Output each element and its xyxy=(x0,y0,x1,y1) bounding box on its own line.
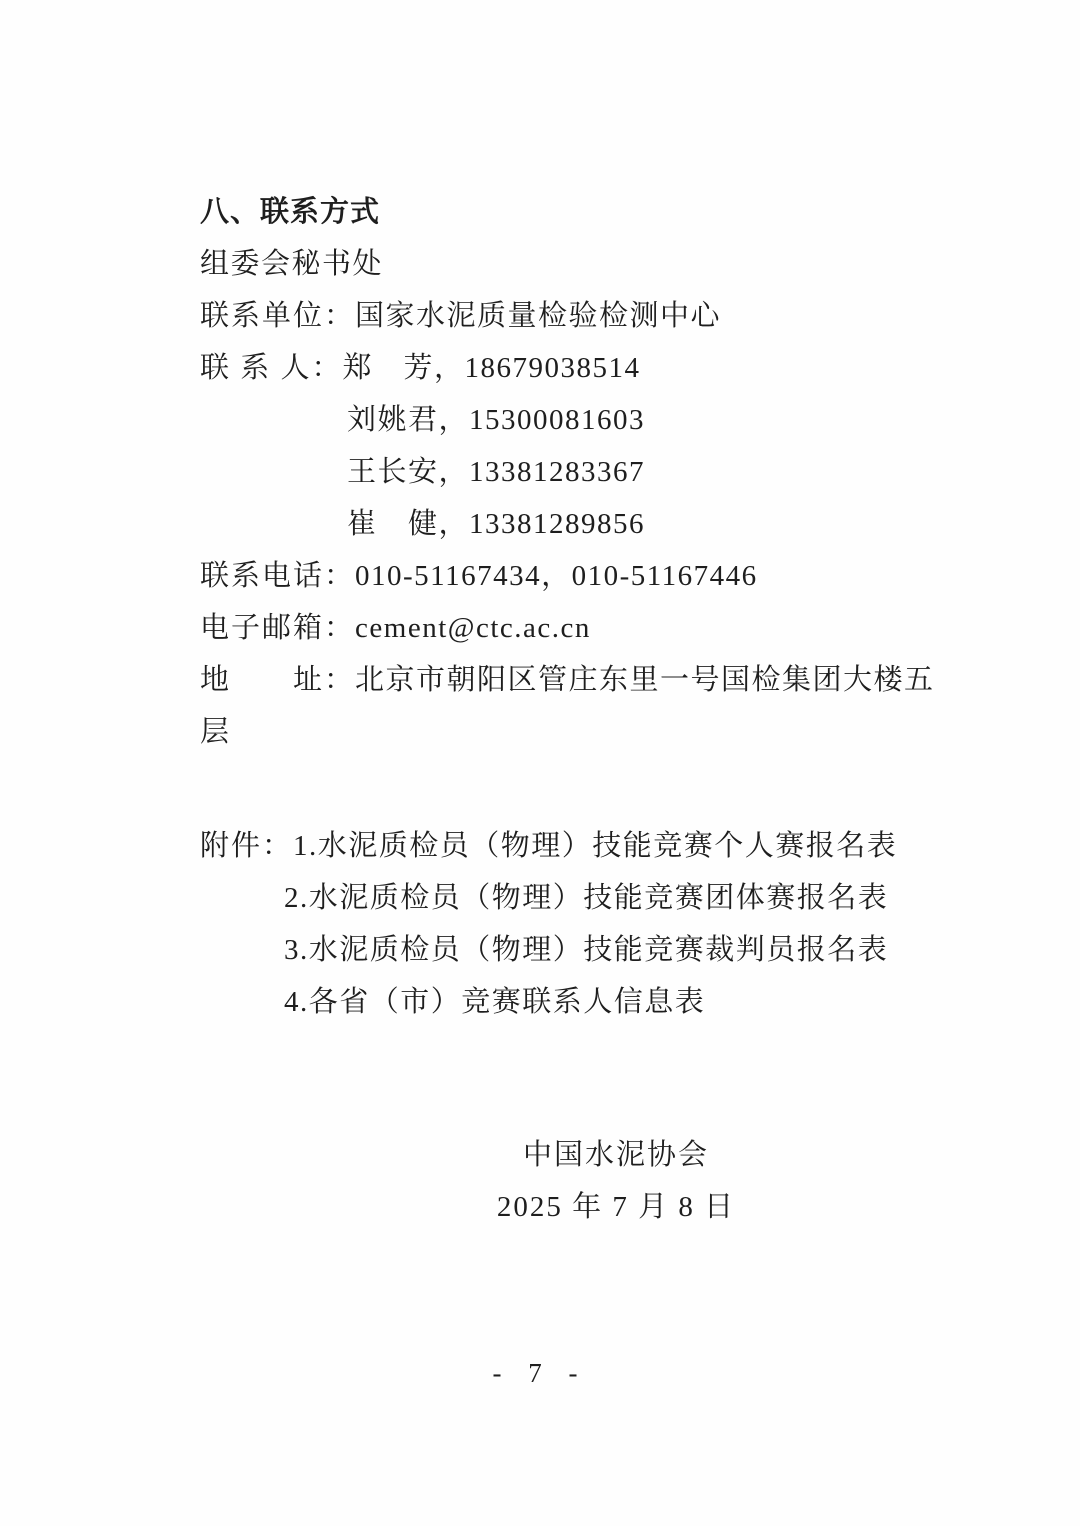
contact-person-label: 联 系 人： xyxy=(200,352,343,384)
attachment-line: 2.水泥质检员（物理）技能竞赛团体赛报名表 xyxy=(200,872,940,924)
contact-email-line: 电子邮箱：cement@ctc.ac.cn xyxy=(200,602,940,654)
attachment-item-2: 2.水泥质检员（物理）技能竞赛团体赛报名表 xyxy=(284,882,888,914)
secretariat-line: 组委会秘书处 xyxy=(200,238,940,290)
contact-person-2: 刘姚君，15300081603 xyxy=(347,404,645,436)
contact-phone-label: 联系电话： xyxy=(200,560,355,592)
contact-person-line: 崔 健，13381289856 xyxy=(200,498,940,550)
page-number: - 7 - xyxy=(0,1358,1080,1389)
signature-block: 中国水泥协会 2025 年 7 月 8 日 xyxy=(436,1129,796,1233)
attachment-line: 附件：1.水泥质检员（物理）技能竞赛个人赛报名表 xyxy=(200,820,940,872)
attachment-item-3: 3.水泥质检员（物理）技能竞赛裁判员报名表 xyxy=(284,934,888,966)
contact-phone-value: 010-51167434，010-51167446 xyxy=(355,560,758,592)
contact-email-label: 电子邮箱： xyxy=(200,612,355,644)
document-page: 八、联系方式 组委会秘书处 联系单位：国家水泥质量检验检测中心 联 系 人：郑 … xyxy=(0,0,1080,1526)
signature-organization: 中国水泥协会 xyxy=(436,1129,796,1181)
contact-unit-line: 联系单位：国家水泥质量检验检测中心 xyxy=(200,290,940,342)
contact-address-line: 地 址：北京市朝阳区管庄东里一号国检集团大楼五层 xyxy=(200,654,940,758)
contact-person-4: 崔 健，13381289856 xyxy=(347,508,645,540)
attachment-item-1: 1.水泥质检员（物理）技能竞赛个人赛报名表 xyxy=(293,830,897,862)
signature-date: 2025 年 7 月 8 日 xyxy=(436,1181,796,1233)
contact-unit-label: 联系单位： xyxy=(200,300,355,332)
contact-person-line: 联 系 人：郑 芳，18679038514 xyxy=(200,342,940,394)
attachment-line: 3.水泥质检员（物理）技能竞赛裁判员报名表 xyxy=(200,924,940,976)
attachments-label: 附件： xyxy=(200,830,293,862)
contact-person-3: 王长安，13381283367 xyxy=(347,456,645,488)
contact-email-value: cement@ctc.ac.cn xyxy=(355,612,591,644)
contact-unit-value: 国家水泥质量检验检测中心 xyxy=(355,300,721,332)
attachment-item-4: 4.各省（市）竞赛联系人信息表 xyxy=(284,986,705,1018)
contact-person-line: 刘姚君，15300081603 xyxy=(200,394,940,446)
contact-person-1: 郑 芳，18679038514 xyxy=(343,352,641,384)
contact-person-line: 王长安，13381283367 xyxy=(200,446,940,498)
blank-line xyxy=(200,758,940,810)
attachment-line: 4.各省（市）竞赛联系人信息表 xyxy=(200,976,940,1028)
document-content: 八、联系方式 组委会秘书处 联系单位：国家水泥质量检验检测中心 联 系 人：郑 … xyxy=(0,0,1080,1233)
section-heading: 八、联系方式 xyxy=(200,186,940,238)
attachments-block: 附件：1.水泥质检员（物理）技能竞赛个人赛报名表 2.水泥质检员（物理）技能竞赛… xyxy=(200,820,940,1028)
contact-phone-line: 联系电话：010-51167434，010-51167446 xyxy=(200,550,940,602)
contact-address-label: 地 址： xyxy=(200,664,355,696)
